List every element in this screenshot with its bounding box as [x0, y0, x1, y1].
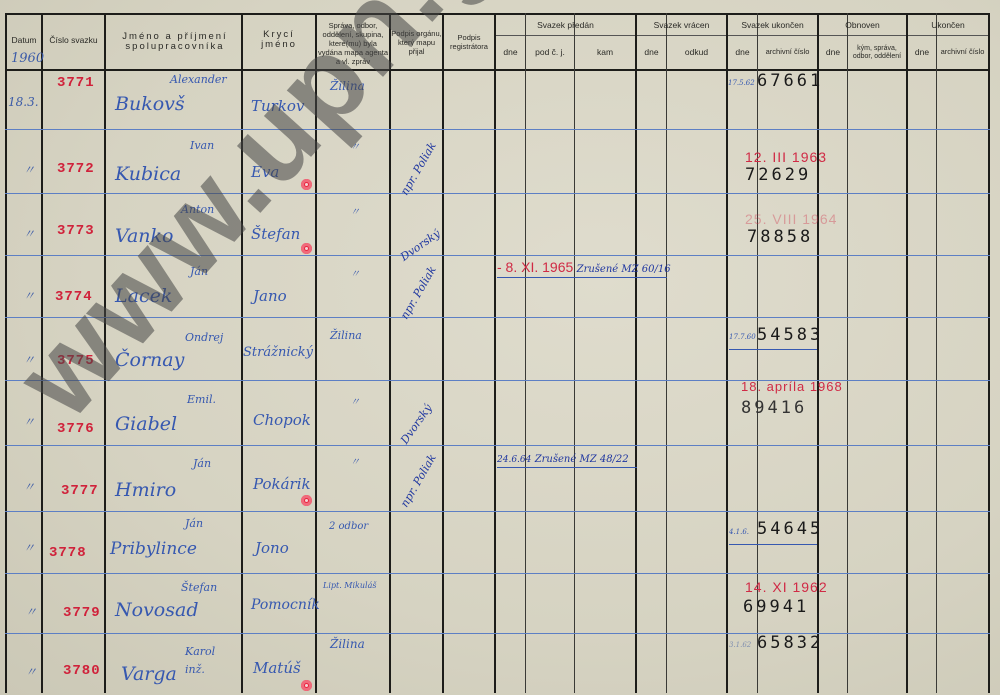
col-border [726, 13, 728, 693]
row-number: 3771 [57, 75, 95, 91]
header-podpis-organu: Podpis orgánu, který mapu přijal [391, 27, 442, 57]
row-cover-name: Jano [253, 287, 287, 305]
row-date: 〃 [23, 413, 35, 430]
row-signature: npr. Poliak [398, 140, 439, 198]
row-dept: 〃 [350, 138, 360, 153]
row-cover-name: Turkov [251, 97, 304, 115]
col-border [936, 13, 937, 693]
col-border [41, 13, 43, 693]
col-border [847, 13, 848, 693]
row-divider [5, 633, 990, 634]
row-divider [5, 511, 990, 512]
row-surname: Bukovš [115, 93, 185, 115]
header-obnoven: Obnoven [819, 15, 906, 35]
row-archive-number: 65832 [757, 633, 823, 653]
header-kryci-jmeno: Krycí jméno [243, 27, 315, 53]
row-dept: 〃 [350, 203, 360, 218]
row-date: 〃 [23, 287, 35, 304]
row-date: 〃 [23, 478, 35, 495]
row-dept: Žilina [330, 637, 365, 651]
row-surname: Vanko [115, 225, 174, 247]
subheader-dne: dne [819, 37, 847, 67]
header-jmeno: Jméno a příjmení spolupracovníka [115, 25, 235, 59]
row-date: 18.3. [8, 95, 39, 109]
row-dept: 〃 [350, 393, 360, 408]
row-firstname: Ondrej [185, 331, 223, 344]
row-end-date: 17.5.62 [728, 79, 755, 87]
row-date: 〃 [23, 161, 35, 178]
transfer-note: Zrušené MZ 60/16 [577, 264, 671, 275]
subheader-kam: kam [575, 37, 635, 67]
row-surname: Pribylince [110, 539, 197, 559]
row-number: 3780 [63, 663, 101, 679]
transfer-date: 24.6.64 [497, 455, 531, 465]
row-cover-name: Pomocník [251, 597, 320, 613]
row-date: 〃 [25, 663, 37, 680]
row-surname: Varga [121, 663, 177, 685]
row-firstname: Karol inž. [185, 643, 235, 679]
row-transfer-entry: - 8. XI. 1965 Zrušené MZ 60/16 [497, 259, 667, 278]
header-bottom-border [5, 69, 990, 71]
row-firstname: Alexander [170, 73, 227, 86]
row-archive-number: 54583 [757, 325, 823, 345]
row-firstname: Ján [185, 517, 203, 530]
archive-register-page: Datum 1960 Číslo svazku Jméno a příjmení… [0, 0, 1000, 695]
row-archive-number: 54645 [757, 519, 823, 539]
row-archive-number: 69941 [743, 597, 809, 617]
row-date: 〃 [23, 351, 35, 368]
row-firstname: Ivan [190, 139, 214, 152]
row-divider [5, 445, 990, 446]
row-cover-name: Štefan [251, 225, 300, 243]
header-ukoncen: Ukončen [908, 15, 988, 35]
row-dept: Žilina [330, 79, 365, 93]
row-end-stamp: 18. apríla 1968 [741, 379, 843, 394]
row-number: 3778 [49, 545, 87, 561]
col-border [315, 13, 317, 693]
row-cover-name: Eva [251, 163, 279, 181]
row-cover-name: Matúš [253, 659, 301, 677]
row-dept: Lipt. Mikuláš [323, 581, 376, 590]
row-cover-name: Strážnický [243, 345, 313, 360]
row-archive-number: 89416 [741, 398, 807, 418]
subheader-pod-cj: pod č. j. [526, 37, 574, 67]
col-border [666, 13, 667, 693]
register-table: Datum 1960 Číslo svazku Jméno a příjmení… [5, 13, 990, 693]
row-divider [5, 129, 990, 130]
row-surname: Hmiro [115, 479, 176, 501]
row-end-date: 3.1.62 [729, 641, 751, 649]
year-label: 1960 [11, 51, 44, 66]
row-divider [5, 573, 990, 574]
row-cover-name: Jono [255, 539, 289, 557]
row-date: 〃 [23, 225, 35, 242]
row-cover-name: Chopok [253, 411, 311, 429]
header-svazek-vracen: Svazek vrácen [637, 15, 726, 35]
col-border [104, 13, 106, 693]
row-signature: npr. Poliak [398, 264, 439, 322]
subheader-divider [495, 35, 990, 36]
transfer-note: Zrušené MZ 48/22 [535, 454, 629, 465]
col-border [525, 13, 526, 693]
row-surname: Kubica [115, 163, 181, 185]
subheader-kym: kým, správa, odbor, oddělení [848, 37, 906, 69]
header-podpis-registratora: Podpis registrátora [444, 27, 494, 57]
row-signature: Dvorský [398, 402, 435, 447]
row-firstname: Anton [181, 203, 214, 216]
row-signature: Dvorský [398, 227, 443, 264]
row-end-stamp: 25. VIII 1964 [745, 211, 837, 227]
punch-hole-marker [301, 680, 312, 691]
row-archive-number: 67661 [757, 71, 823, 91]
col-border [574, 13, 575, 693]
punch-hole-marker [301, 179, 312, 190]
header-cislo-svazku: Číslo svazku [43, 27, 104, 53]
subheader-archivni-cislo: archivní číslo [937, 37, 988, 67]
col-border [988, 13, 990, 693]
subheader-archivni-cislo: archivní číslo [758, 37, 817, 67]
subheader-dne: dne [908, 37, 936, 67]
col-border [635, 13, 637, 693]
subheader-dne: dne [728, 37, 757, 67]
header-svazek-ukoncen: Svazek ukončen [728, 15, 817, 35]
row-firstname: Štefan [181, 581, 217, 594]
col-border [442, 13, 444, 693]
transfer-date: - 8. XI. 1965 [497, 259, 573, 275]
header-sprava: Správa, odbor, oddělení, skupina, které(… [317, 17, 389, 69]
row-end-stamp: 12. III 1963 [745, 149, 827, 165]
subheader-dne: dne [496, 37, 525, 67]
row-dept: 2 odbor [329, 521, 368, 532]
row-surname: Lacek [115, 285, 172, 307]
row-dept: Žilina [330, 329, 362, 342]
punch-hole-marker [301, 495, 312, 506]
row-end-stamp: 14. XI 1962 [745, 579, 828, 595]
subheader-dne: dne [637, 37, 666, 67]
row-dept: 〃 [350, 453, 360, 468]
col-border [906, 13, 908, 693]
col-border [5, 13, 7, 693]
row-surname: Giabel [115, 413, 177, 435]
row-divider [5, 193, 990, 194]
row-number: 3775 [57, 353, 95, 369]
header-datum: Datum [7, 27, 41, 53]
row-cover-name: Pokárik [253, 475, 311, 493]
punch-hole-marker [301, 243, 312, 254]
header-svazek-predan: Svazek předán [496, 15, 635, 35]
subheader-odkud: odkud [667, 37, 726, 67]
col-border [494, 13, 496, 693]
row-number: 3777 [61, 483, 99, 499]
row-divider [5, 255, 990, 256]
row-firstname: Ján [193, 457, 211, 470]
row-dept: 〃 [350, 265, 360, 280]
row-number: 3776 [57, 421, 95, 437]
row-surname: Čornay [115, 349, 184, 371]
row-firstname: Ján [190, 265, 208, 278]
row-firstname: Emil. [187, 393, 216, 406]
col-border [389, 13, 391, 693]
row-date: 〃 [25, 603, 37, 620]
row-number: 3779 [63, 605, 101, 621]
row-signature: npr. Poliak [398, 452, 439, 510]
row-divider [5, 317, 990, 318]
row-archive-number: 78858 [747, 227, 813, 247]
row-date: 〃 [23, 539, 35, 556]
row-surname: Novosad [115, 599, 198, 621]
row-number: 3772 [57, 161, 95, 177]
row-number: 3774 [55, 289, 93, 305]
row-number: 3773 [57, 223, 95, 239]
row-archive-number: 72629 [745, 165, 811, 185]
row-transfer-entry: 24.6.64 Zrušené MZ 48/22 [497, 451, 637, 468]
